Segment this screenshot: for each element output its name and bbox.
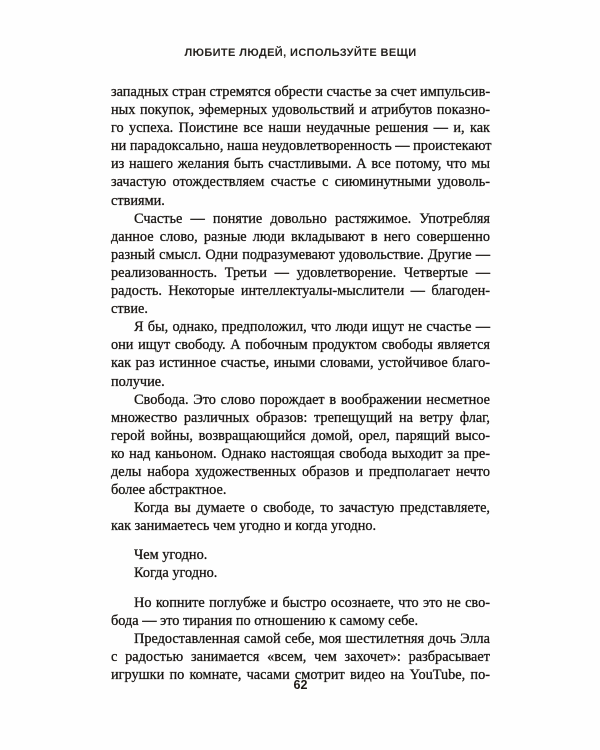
text-line: бода — это тирания по отношению к самому… (111, 612, 490, 630)
text-line: Чем угодно. (111, 546, 490, 564)
text-line: Предоставленная самой себе, моя шестилет… (111, 630, 490, 648)
text-line: ствие. (111, 300, 490, 318)
text-line: ствиями. (111, 192, 490, 210)
page-number: 62 (111, 678, 490, 692)
text-line: ни парадоксально, наша неудовлетвореннос… (111, 137, 490, 155)
text-line: они ищут свободу. А побочным продуктом с… (111, 336, 490, 354)
running-header: ЛЮБИТЕ ЛЮДЕЙ, ИСПОЛЬЗУЙТЕ ВЕЩИ (111, 47, 490, 59)
text-line: множество различных образов: трепещущий … (111, 409, 490, 427)
text-line: как занимаетесь чем угодно и когда угодн… (111, 517, 490, 535)
text-line: получие. (111, 373, 490, 391)
text-line: западных стран стремятся обрести счастье… (111, 83, 490, 101)
text-line: с радостью занимается «всем, чем захочет… (111, 648, 490, 666)
body-text: западных стран стремятся обрести счастье… (111, 83, 490, 684)
book-page: ЛЮБИТЕ ЛЮДЕЙ, ИСПОЛЬЗУЙТЕ ВЕЩИ западных … (0, 0, 600, 750)
text-line: Когда угодно. (111, 564, 490, 582)
text-line: Когда вы думаете о свободе, то зачастую … (111, 499, 490, 517)
text-line: делы набора художественных образов и пре… (111, 463, 490, 481)
text-line: реализованность. Третьи — удовлетворение… (111, 264, 490, 282)
text-line: зачастую отождествляем счастье с сиюмину… (111, 173, 490, 191)
text-line: Я бы, однако, предположил, что люди ищут… (111, 318, 490, 336)
text-line: радость. Некоторые интеллектуалы-мыслите… (111, 282, 490, 300)
text-line: ко над каньоном. Однако настоящая свобод… (111, 445, 490, 463)
text-line: ных покупок, эфемерных удовольствий и ат… (111, 101, 490, 119)
text-line: разный смысл. Одни подразумевают удоволь… (111, 246, 490, 264)
text-line: герой войны, возвращающийся домой, орел,… (111, 427, 490, 445)
text-line: из нашего желания быть счастливыми. А вс… (111, 155, 490, 173)
text-line: Счастье — понятие довольно растяжимое. У… (111, 210, 490, 228)
text-line: более абстрактное. (111, 481, 490, 499)
text-line: данное слово, разные люди вкладывают в н… (111, 228, 490, 246)
text-line: Свобода. Это слово порождает в воображен… (111, 391, 490, 409)
text-line: Но копните поглубже и быстро осознаете, … (111, 594, 490, 612)
text-line: как раз истинное счастье, иными словами,… (111, 354, 490, 372)
text-line: го успеха. Поистине все наши неудачные р… (111, 119, 490, 137)
